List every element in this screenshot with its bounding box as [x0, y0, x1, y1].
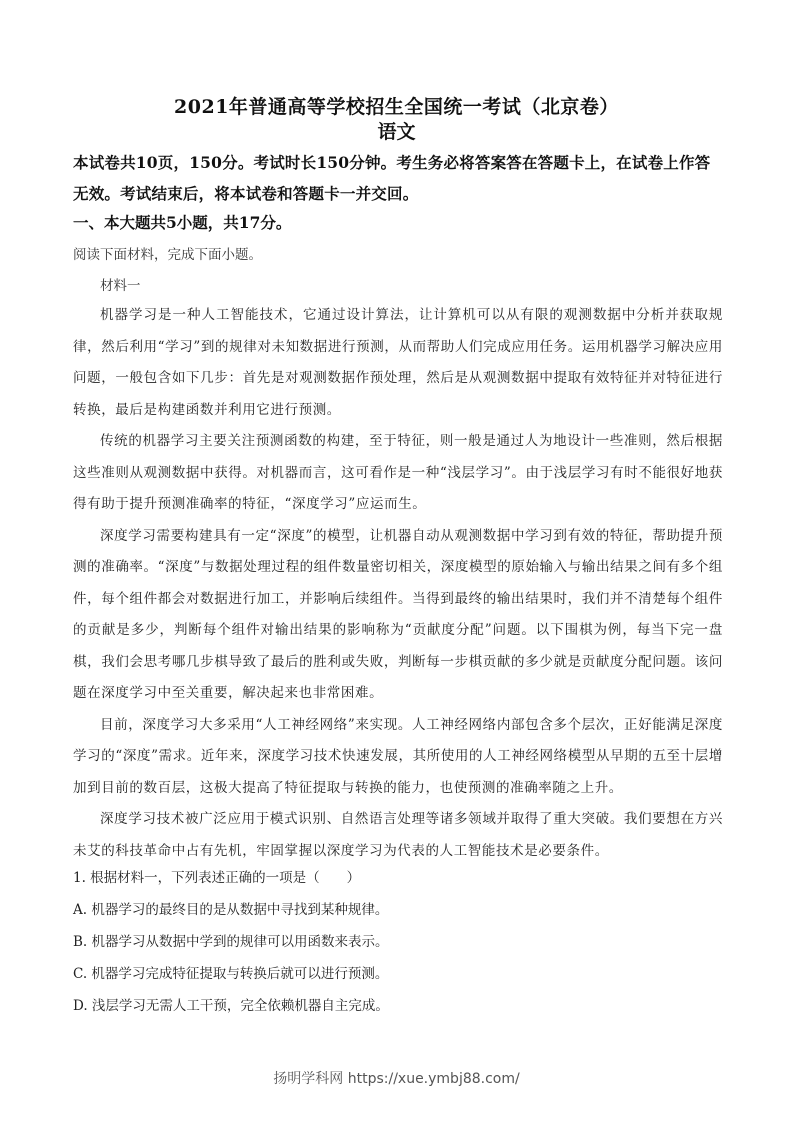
paragraph: 目前，深度学习大多采用“人工神经网络”来实现。人工神经网络内部包含多个层次，正好…: [73, 710, 723, 805]
material-title: 材料一: [100, 274, 141, 294]
option-d: D. 浅层学习无需人工干预，完全依赖机器自主完成。: [73, 996, 723, 1028]
question-1: 1. 根据材料一，下列表述正确的一项是（ ） A. 机器学习的最终目的是从数据中…: [73, 868, 723, 1028]
question-stem: 1. 根据材料一，下列表述正确的一项是（ ）: [73, 868, 723, 900]
footer-watermark: 扬明学科网 https://xue.ymbj88.com/: [0, 1068, 793, 1088]
section-heading: 一、本大题共5小题，共17分。: [73, 211, 291, 233]
lead-in-text: 阅读下面材料，完成下面小题。: [73, 243, 262, 263]
option-c: C. 机器学习完成特征提取与转换后就可以进行预测。: [73, 964, 723, 996]
passage: 机器学习是一种人工智能技术，它通过设计算法，让计算机可以从有限的观测数据中分析并…: [73, 300, 723, 867]
paragraph: 传统的机器学习主要关注预测函数的构建，至于特征，则一般是通过人为地设计一些准则，…: [73, 426, 723, 521]
paragraph: 深度学习需要构建具有一定“深度”的模型，让机器自动从观测数据中学习到有效的特征，…: [73, 521, 723, 710]
option-a: A. 机器学习的最终目的是从数据中寻找到某种规律。: [73, 900, 723, 932]
exam-instructions: 本试卷共10页，150分。考试时长150分钟。考生务必将答案答在答题卡上，在试卷…: [73, 147, 723, 209]
subject-title: 语文: [0, 117, 793, 144]
paragraph: 深度学习技术被广泛应用于模式识别、自然语言处理等诸多领域并取得了重大突破。我们要…: [73, 804, 723, 867]
option-b: B. 机器学习从数据中学到的规律可以用函数来表示。: [73, 932, 723, 964]
exam-title: 2021年普通高等学校招生全国统一考试（北京卷）: [0, 92, 793, 119]
paragraph: 机器学习是一种人工智能技术，它通过设计算法，让计算机可以从有限的观测数据中分析并…: [73, 300, 723, 426]
